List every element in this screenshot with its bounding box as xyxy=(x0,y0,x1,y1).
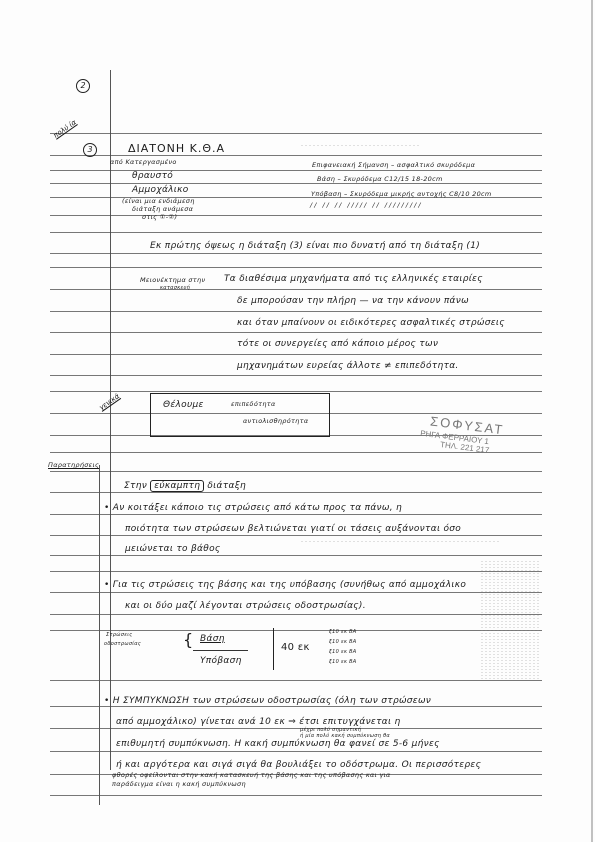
layer-base: Βάση – Σκυρόδεμα C12/15 18-20cm xyxy=(317,175,443,183)
ruled-line xyxy=(50,354,542,355)
disadvantage-line-5: μηχανημάτων ευρείας άλλοτε ≠ επιπεδότητα… xyxy=(237,361,459,371)
boxed-label: Θέλουμε xyxy=(163,400,204,410)
paren-note-3: στις ①-②) xyxy=(142,213,177,221)
diagram-brace: { xyxy=(183,630,193,649)
comparison-middle: είναι πιο δυνατή από τη διάταξη xyxy=(306,241,463,251)
bullet1-line-1: • Αν κοιτάξει κάποιο τις στρώσεις από κά… xyxy=(104,503,402,513)
section-number: 3 xyxy=(83,143,97,157)
diagram-label-1: Στρώσεις xyxy=(106,632,132,638)
bullet2-text-1: Για τις στρώσεις της βάσης και της υπόβα… xyxy=(113,580,466,590)
observations-label: Παρατηρήσεις xyxy=(48,461,99,469)
ruled-line xyxy=(50,571,542,572)
ruled-line xyxy=(50,133,542,134)
bullet2-line-1: • Για τις στρώσεις της βάσης και της υπό… xyxy=(104,580,466,590)
comparison-prefix: Εκ πρώτης όψεως η διάταξη xyxy=(150,241,286,251)
material-desc-2: θραυστό xyxy=(132,171,173,181)
disadvantage-line-4: τότε οι συνεργείες από κάποιο μέρος των xyxy=(237,339,438,349)
thickness-arrow xyxy=(273,628,274,670)
comparison-line: Εκ πρώτης όψεως η διάταξη (3) είναι πιο … xyxy=(150,241,480,251)
ruled-line xyxy=(50,183,542,184)
ruled-line xyxy=(50,630,542,631)
disadvantage-line-1: Τα διαθέσιμα μηχανήματα από τις ελληνικέ… xyxy=(224,274,483,284)
disadvantage-sublabel: κατασκευή xyxy=(160,285,190,291)
margin-note-top: πολύ ία xyxy=(52,118,78,139)
bullet3-line-1: • Η ΣΥΜΠΥΚΝΩΣΗ των στρώσεων οδοστρωσίας … xyxy=(104,696,431,706)
diagram-sublayer-4: ξ10 εκ ΒΑ xyxy=(329,659,357,665)
observations-heading: Στην εύκαμπτη διάταξη xyxy=(124,481,246,491)
ruled-line xyxy=(50,170,542,171)
obs-heading-suffix: διάταξη xyxy=(207,481,246,491)
diagram-sublayer-1: ξ10 εκ ΒΑ xyxy=(329,629,357,635)
boxed-item-1: επιπεδότητα xyxy=(231,400,276,408)
obs-heading-boxed: εύκαμπτη xyxy=(150,480,204,492)
ruled-line xyxy=(50,535,542,536)
bullet3-line-5: φθορές οφείλονται στην κακή κατασκευή τη… xyxy=(112,771,391,779)
ruled-line xyxy=(50,614,542,615)
ruled-line xyxy=(50,592,542,593)
ruled-line xyxy=(50,232,542,233)
ruled-line xyxy=(50,514,542,515)
bullet1-line-2: ποιότητα των στρώσεων βελτιώνεται γιατί … xyxy=(125,524,461,534)
diagram-layer-top: Βάση xyxy=(200,634,225,644)
scan-noise xyxy=(300,540,500,543)
bullet3-line-3: επιθυμητή συμπύκνωση. Η κακή συμπύκνωση … xyxy=(116,739,440,749)
bullet1-line-3: μειώνεται το βάθος xyxy=(125,544,220,554)
obs-heading-prefix: Στην xyxy=(124,481,147,491)
notebook-margin-line xyxy=(110,70,111,770)
diagram-layer-bottom: Υπόβαση xyxy=(200,656,242,666)
ruled-line xyxy=(50,289,542,290)
diagram-sublayer-2: ξ10 εκ ΒΑ xyxy=(329,639,357,645)
lower-margin-line xyxy=(99,465,100,805)
ruled-line xyxy=(50,253,542,254)
ruled-line xyxy=(50,706,542,707)
page-number: 2 xyxy=(76,79,90,93)
ruled-line xyxy=(50,332,542,333)
comparison-ref-b: 1 xyxy=(470,241,476,251)
bullet3-text-1: Η ΣΥΜΠΥΚΝΩΣΗ των στρώσεων οδοστρωσίας (ό… xyxy=(113,696,431,706)
bullet3-line-6: παράδειγμα είναι η κακή συμπύκνωση xyxy=(112,780,246,788)
ruled-line xyxy=(50,680,542,681)
boxed-item-2: αντιολισθηρότητα xyxy=(243,417,308,425)
ruled-line xyxy=(50,375,542,376)
scanned-notebook-page: 2 πολύ ία 3 ΔΙΑΤΟΝΗ Κ.Θ.Α από Κατεργασμέ… xyxy=(0,0,595,842)
ruled-line xyxy=(50,555,542,556)
scan-noise xyxy=(300,144,420,147)
scan-noise xyxy=(480,560,540,680)
boxed-requirements: Θέλουμε επιπεδότητα αντιολισθηρότητα xyxy=(150,393,330,437)
diagram-sublayer-3: ξ10 εκ ΒΑ xyxy=(329,649,357,655)
diagram-thickness: 40 εκ xyxy=(281,642,310,653)
ruled-line xyxy=(50,311,542,312)
ruled-line xyxy=(50,471,542,472)
paren-note-2: διάταξη ανάμεσα xyxy=(132,205,193,213)
ruled-line xyxy=(50,391,542,392)
bullet3-line-2: από αμμοχάλικο) γίνεται ανά 10 εκ ⇒ έτσι… xyxy=(116,717,401,727)
material-desc-1: από Κατεργασμένο xyxy=(110,158,177,166)
comparison-ref-a: 3 xyxy=(293,241,299,251)
diagram-label-2: οδοστρωσίας xyxy=(104,641,141,647)
material-desc-3: Αμμοχάλικο xyxy=(132,185,189,195)
diagram-divider xyxy=(193,650,248,651)
disadvantage-label: Μειονέκτημα στην xyxy=(140,276,205,284)
layer-subbase: Υπόβαση – Σκυρόδεμα μικρής αντοχής C8/10… xyxy=(311,190,492,198)
layer-surface: Επιφανειακή Σήμανση – ασφαλτικό σκυρόδεμ… xyxy=(312,161,475,169)
bullet1-text-1: Αν κοιτάξει κάποιο τις στρώσεις από κάτω… xyxy=(113,503,402,513)
disadvantage-line-2: δε μπορούσαν την πλήρη — να την κάνουν π… xyxy=(237,296,469,306)
scan-edge xyxy=(591,0,593,842)
section-title: ΔΙΑΤΟΝΗ Κ.Θ.Α xyxy=(128,142,225,155)
ground-hatching: // // // ///// // ///////// xyxy=(310,201,423,209)
disadvantage-line-3: και όταν μπαίνουν οι ειδικότερες ασφαλτι… xyxy=(237,318,505,328)
ruled-line xyxy=(50,267,542,268)
paren-note-1: (είναι μια ενδιάμεση xyxy=(122,197,195,205)
ruled-line xyxy=(50,215,542,216)
ruled-line xyxy=(50,492,542,493)
bullet2-line-2: και οι δύο μαζί λέγονται στρώσεις οδοστρ… xyxy=(125,601,366,611)
ruled-line xyxy=(50,728,542,729)
ruled-line xyxy=(50,155,542,156)
ruled-line xyxy=(50,751,542,752)
ruled-line xyxy=(50,795,542,796)
bullet3-line-4: ή και αργότερα και σιγά σιγά θα βουλιάξε… xyxy=(116,760,481,770)
